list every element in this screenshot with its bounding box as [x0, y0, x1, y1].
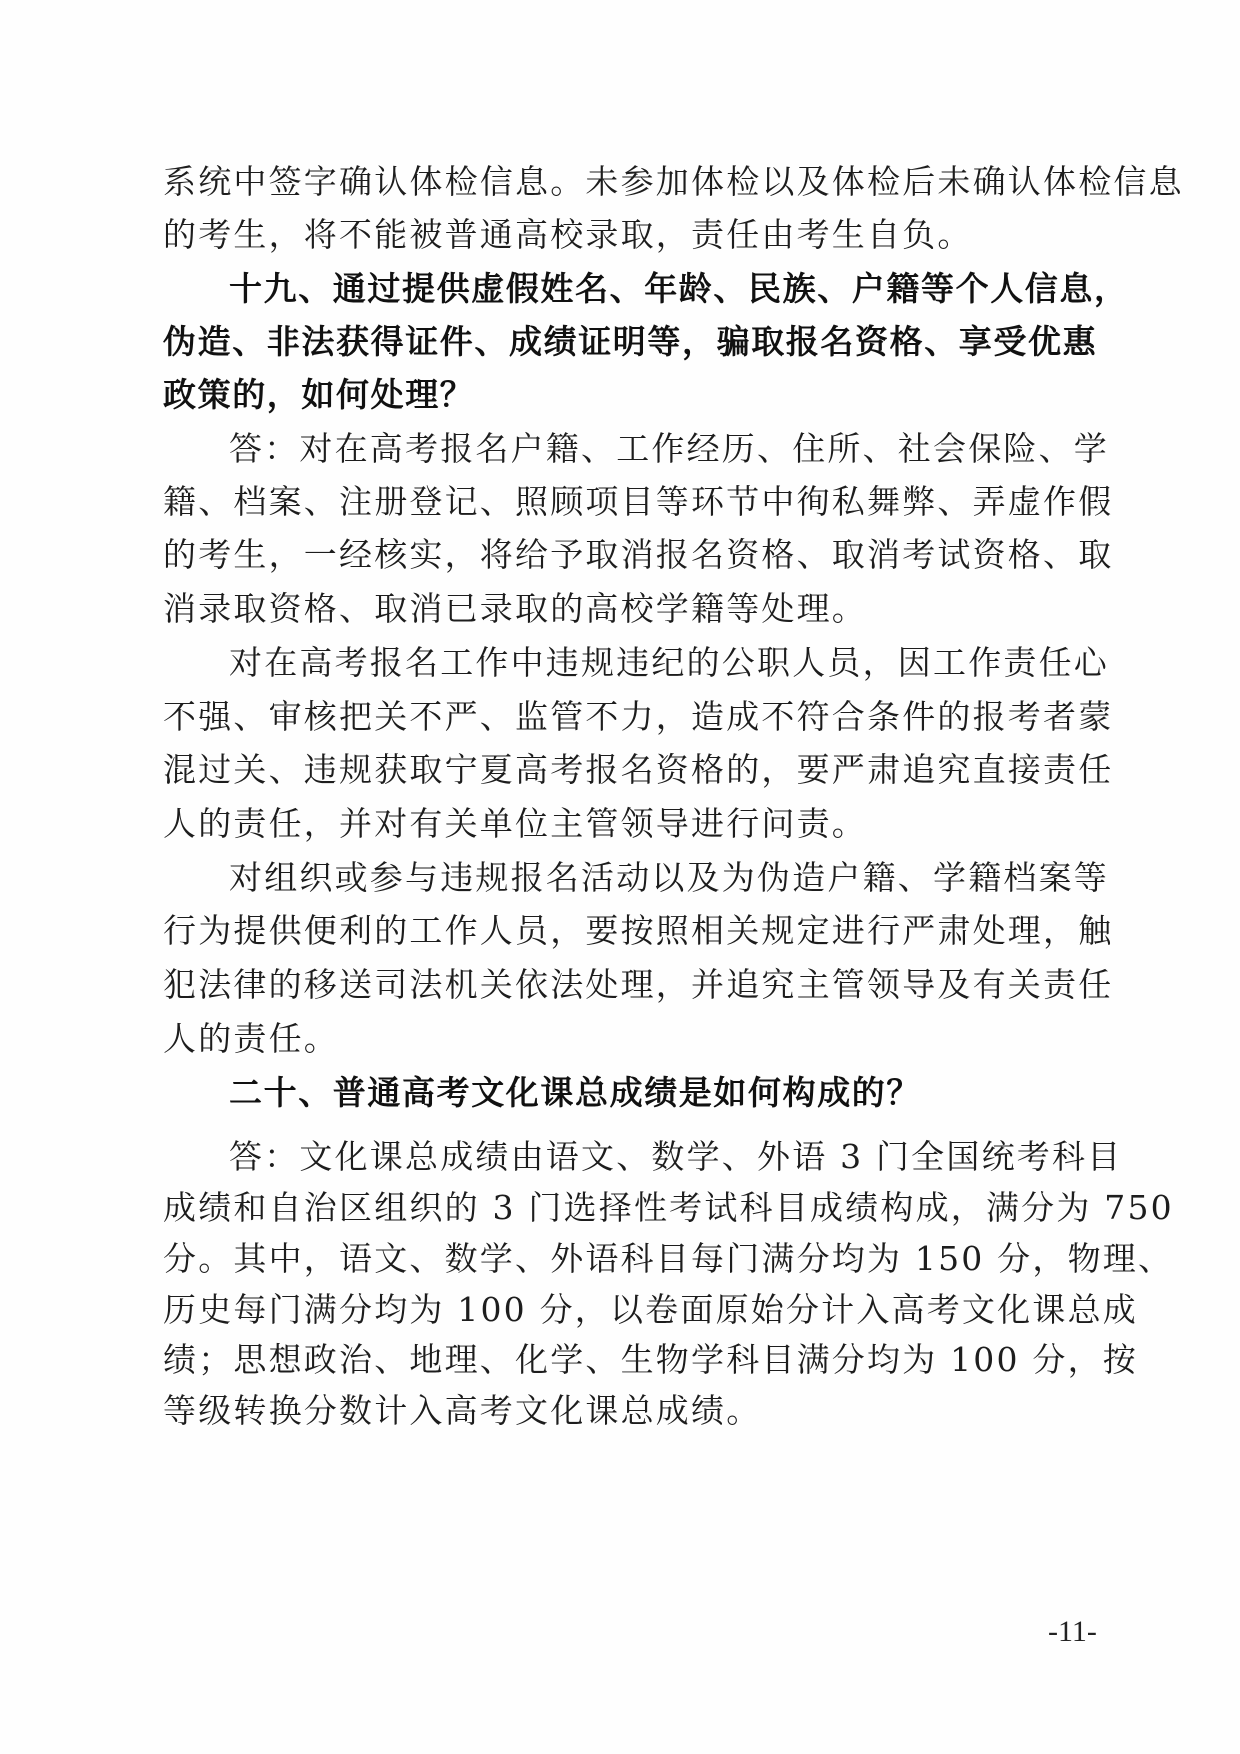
answer-paragraph: 答：文化课总成绩由语文、数学、外语 3 门全国统考科目 [229, 1130, 1093, 1184]
section-heading-20: 二十、普通高考文化课总成绩是如何构成的？ [229, 1066, 1093, 1120]
paragraph-line: 人的责任。 [163, 1012, 1093, 1066]
answer-paragraph: 的考生，一经核实，将给予取消报名资格、取消考试资格、取 [163, 528, 1093, 582]
paragraph-line: 混过关、违规获取宁夏高考报名资格的，要严肃追究直接责任 [163, 743, 1093, 797]
document-page: 系统中签字确认体检信息。未参加体检以及体检后未确认体检信息 的考生，将不能被普通… [0, 0, 1240, 1754]
paragraph-line: 行为提供便利的工作人员，要按照相关规定进行严肃处理，触 [163, 904, 1093, 958]
section-heading-19: 十九、通过提供虚假姓名、年龄、民族、户籍等个人信息， [229, 262, 1093, 316]
paragraph-line: 的考生，将不能被普通高校录取，责任由考生自负。 [163, 208, 1093, 262]
answer-paragraph: 成绩和自治区组织的 3 门选择性考试科目成绩构成，满分为 750 [163, 1181, 1093, 1235]
paragraph-line: 不强、审核把关不严、监管不力，造成不符合条件的报考者蒙 [163, 690, 1093, 744]
paragraph-line: 对组织或参与违规报名活动以及为伪造户籍、学籍档案等 [229, 851, 1093, 905]
answer-paragraph: 分。其中，语文、数学、外语科目每门满分均为 150 分，物理、 [163, 1232, 1093, 1286]
answer-paragraph: 答：对在高考报名户籍、工作经历、住所、社会保险、学 [229, 422, 1093, 476]
page-number: -11- [1048, 1615, 1097, 1649]
paragraph-line: 系统中签字确认体检信息。未参加体检以及体检后未确认体检信息 [163, 155, 1093, 209]
answer-paragraph: 消录取资格、取消已录取的高校学籍等处理。 [163, 582, 1093, 636]
section-heading-19: 伪造、非法获得证件、成绩证明等，骗取报名资格、享受优惠 [163, 315, 1093, 369]
answer-paragraph: 等级转换分数计入高考文化课总成绩。 [163, 1384, 1093, 1438]
paragraph-line: 对在高考报名工作中违规违纪的公职人员，因工作责任心 [229, 636, 1093, 690]
paragraph-line: 人的责任，并对有关单位主管领导进行问责。 [163, 797, 1093, 851]
section-heading-19: 政策的，如何处理？ [163, 368, 1093, 422]
answer-paragraph: 绩；思想政治、地理、化学、生物学科目满分均为 100 分，按 [163, 1333, 1093, 1387]
answer-paragraph: 籍、档案、注册登记、照顾项目等环节中徇私舞弊、弄虚作假 [163, 475, 1093, 529]
paragraph-line: 犯法律的移送司法机关依法处理，并追究主管领导及有关责任 [163, 958, 1093, 1012]
answer-paragraph: 历史每门满分均为 100 分，以卷面原始分计入高考文化课总成 [163, 1283, 1093, 1337]
